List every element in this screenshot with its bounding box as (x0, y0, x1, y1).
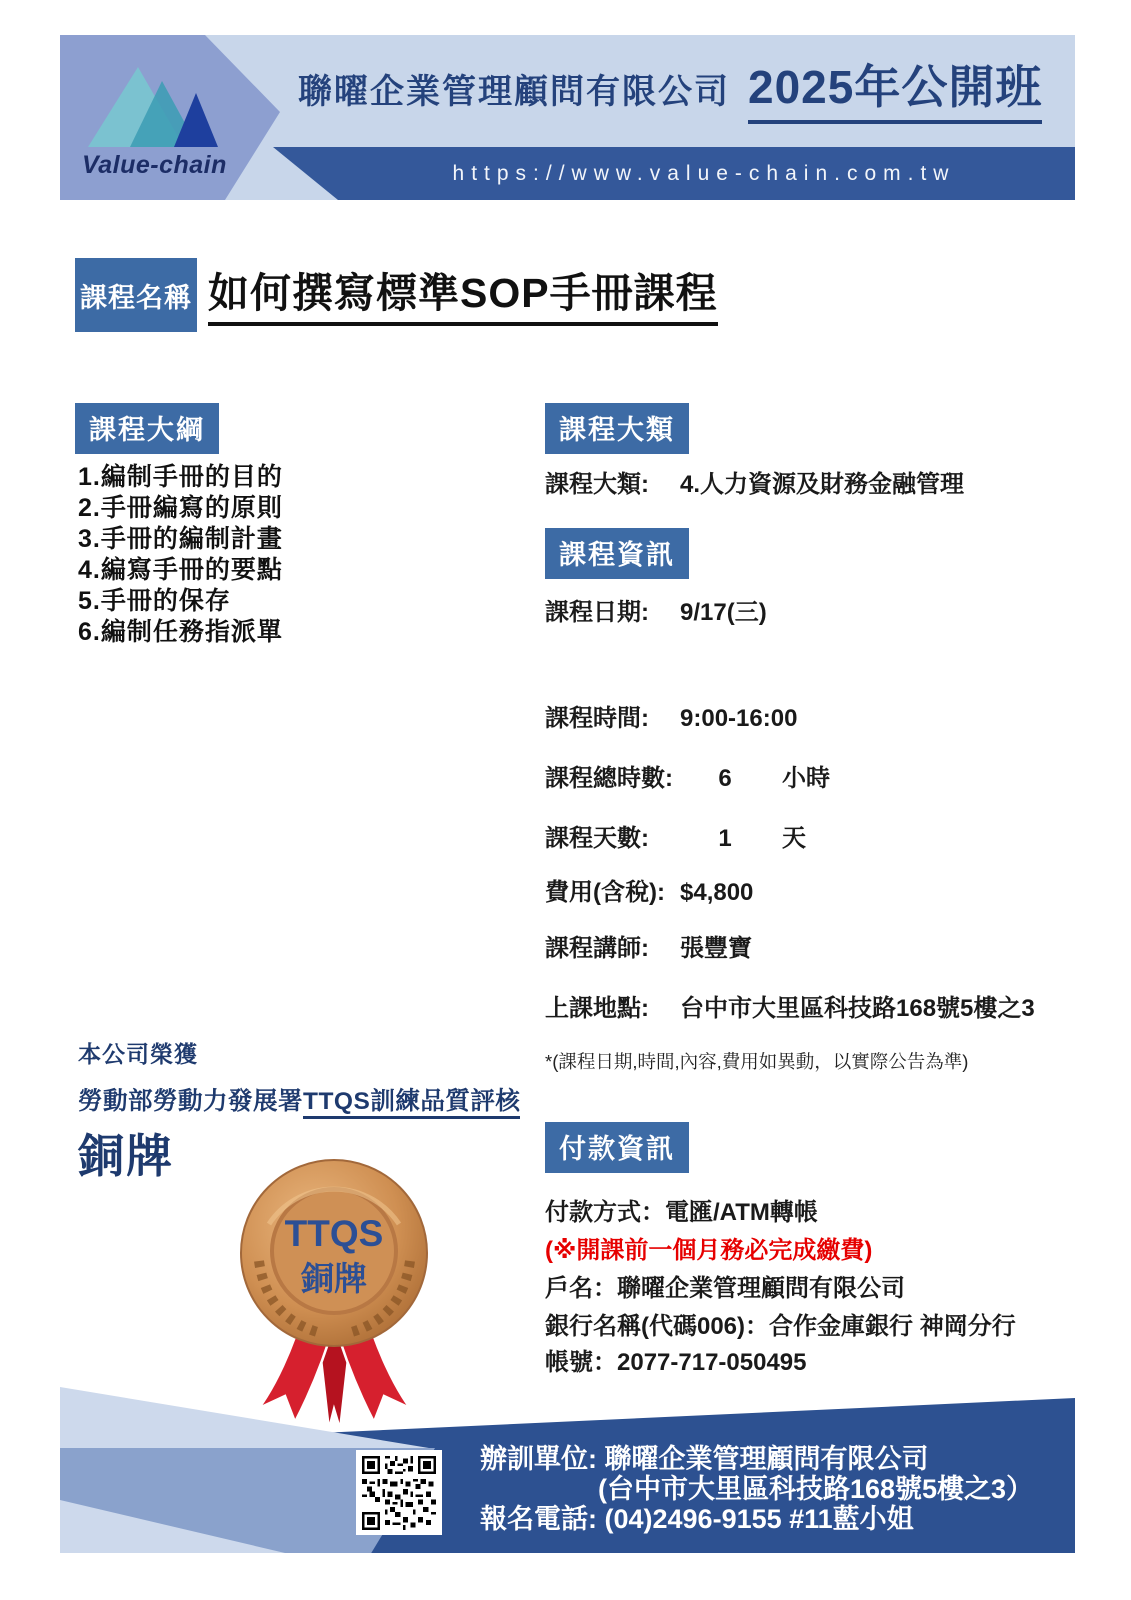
footer-phone: 報名電話: (04)2496-9155 #11藍小姐 (480, 1504, 1060, 1534)
category-label: 課程大類: (545, 464, 680, 499)
header-banner: https://www.value-chain.com.tw Value-cha… (60, 35, 1075, 200)
section-heading-category: 課程大類 (545, 403, 689, 454)
info-unit: 天 (782, 818, 806, 853)
info-label: 上課地點: (545, 988, 680, 1023)
category-value: 4.人力資源及財務金融管理 (680, 464, 964, 499)
category-row: 課程大類: 4.人力資源及財務金融管理 (545, 464, 1075, 499)
ttqs-bronze-medal-icon: TTQS 銅牌 (237, 1156, 432, 1446)
course-flyer: https://www.value-chain.com.tw Value-cha… (0, 0, 1131, 1600)
info-value: 9/17(三) (680, 592, 767, 627)
medal-text-line2: 銅牌 (300, 1260, 367, 1297)
outline-item: 6.編制任務指派單 (78, 617, 508, 648)
info-row-fee: 費用(含稅): $4,800 (545, 872, 1075, 907)
course-title: 如何撰寫標準SOP手冊課程 (208, 260, 718, 326)
course-name-label: 課程名稱 (75, 258, 197, 332)
info-value: $4,800 (680, 879, 753, 907)
footer-contact-block: 辦訓單位: 聯曜企業管理顧問有限公司 (台中市大里區科技路168號5樓之3） 報… (480, 1444, 1060, 1534)
disclaimer-note: *(課程日期,時間,內容,費用如異動，以實際公告為準) (545, 1048, 1065, 1074)
outline-item: 2.手冊編寫的原則 (78, 493, 508, 524)
info-value: 6 (680, 765, 770, 793)
header-title: 聯曜企業管理顧問有限公司 2025年公開班 (298, 51, 1078, 124)
info-row-days: 課程天數: 1 天 (545, 818, 1075, 853)
award-line-1: 本公司榮獲 (78, 1036, 198, 1069)
info-row-location: 上課地點: 台中市大里區科技路168號5樓之3 (545, 988, 1075, 1023)
award-line-2: 勞動部勞動力發展署TTQS訓練品質評核 (78, 1082, 520, 1117)
info-label: 課程講師: (545, 928, 680, 963)
qr-code[interactable] (356, 1450, 442, 1535)
payment-account-name: 戶名：聯曜企業管理顧問有限公司 (545, 1268, 1075, 1303)
info-row-total-hours: 課程總時數: 6 小時 (545, 758, 1075, 793)
award-rank: 銅牌 (78, 1120, 174, 1186)
info-label: 課程時間: (545, 698, 680, 733)
website-link[interactable]: https://www.value-chain.com.tw (333, 147, 1075, 200)
program-year-badge: 2025年公開班 (748, 51, 1042, 124)
qr-code-icon (362, 1456, 436, 1530)
info-row-instructor: 課程講師: 張豐寶 (545, 928, 1075, 963)
info-unit: 小時 (782, 758, 830, 793)
payment-method: 付款方式：電匯/ATM轉帳 (545, 1192, 1075, 1227)
info-label: 課程天數: (545, 818, 680, 853)
info-label: 課程日期: (545, 592, 680, 627)
outline-item: 3.手冊的編制計畫 (78, 524, 508, 555)
outline-item: 4.編寫手冊的要點 (78, 555, 508, 586)
info-value: 張豐寶 (680, 928, 752, 963)
url-band: https://www.value-chain.com.tw (273, 147, 1075, 200)
info-row-time: 課程時間: 9:00-16:00 (545, 698, 1075, 733)
outline-item: 1.編制手冊的目的 (78, 462, 508, 493)
payment-notice: (※開課前一個月務必完成繳費) (545, 1230, 1075, 1265)
info-row-date: 課程日期: 9/17(三) (545, 592, 1075, 627)
info-value: 1 (680, 825, 770, 853)
section-heading-payment: 付款資訊 (545, 1122, 689, 1173)
footer-organizer: 辦訓單位: 聯曜企業管理顧問有限公司 (480, 1444, 1060, 1474)
footer-address: (台中市大里區科技路168號5樓之3） (480, 1474, 1060, 1504)
company-name: 聯曜企業管理顧問有限公司 (298, 64, 730, 113)
info-value: 台中市大里區科技路168號5樓之3 (680, 988, 1035, 1023)
info-label: 費用(含稅): (545, 872, 680, 907)
payment-bank: 銀行名稱(代碼006)：合作金庫銀行 神岡分行 (545, 1306, 1075, 1341)
info-label: 課程總時數: (545, 758, 680, 793)
mountain-logo-icon (86, 51, 236, 151)
outline-item: 5.手冊的保存 (78, 586, 508, 617)
section-heading-outline: 課程大綱 (75, 403, 219, 454)
logo-panel: Value-chain (60, 35, 285, 200)
payment-account-number: 帳號：2077-717-050495 (545, 1342, 1075, 1377)
medal-text-line1: TTQS (285, 1213, 384, 1254)
section-heading-info: 課程資訊 (545, 528, 689, 579)
course-outline-list: 1.編制手冊的目的 2.手冊編寫的原則 3.手冊的編制計畫 4.編寫手冊的要點 … (78, 462, 508, 648)
award-line-2-underlined: TTQS訓練品質評核 (303, 1088, 520, 1119)
logo-wordmark: Value-chain (82, 151, 272, 180)
award-line-2-prefix: 勞動部勞動力發展署 (78, 1088, 303, 1115)
info-value: 9:00-16:00 (680, 705, 797, 733)
